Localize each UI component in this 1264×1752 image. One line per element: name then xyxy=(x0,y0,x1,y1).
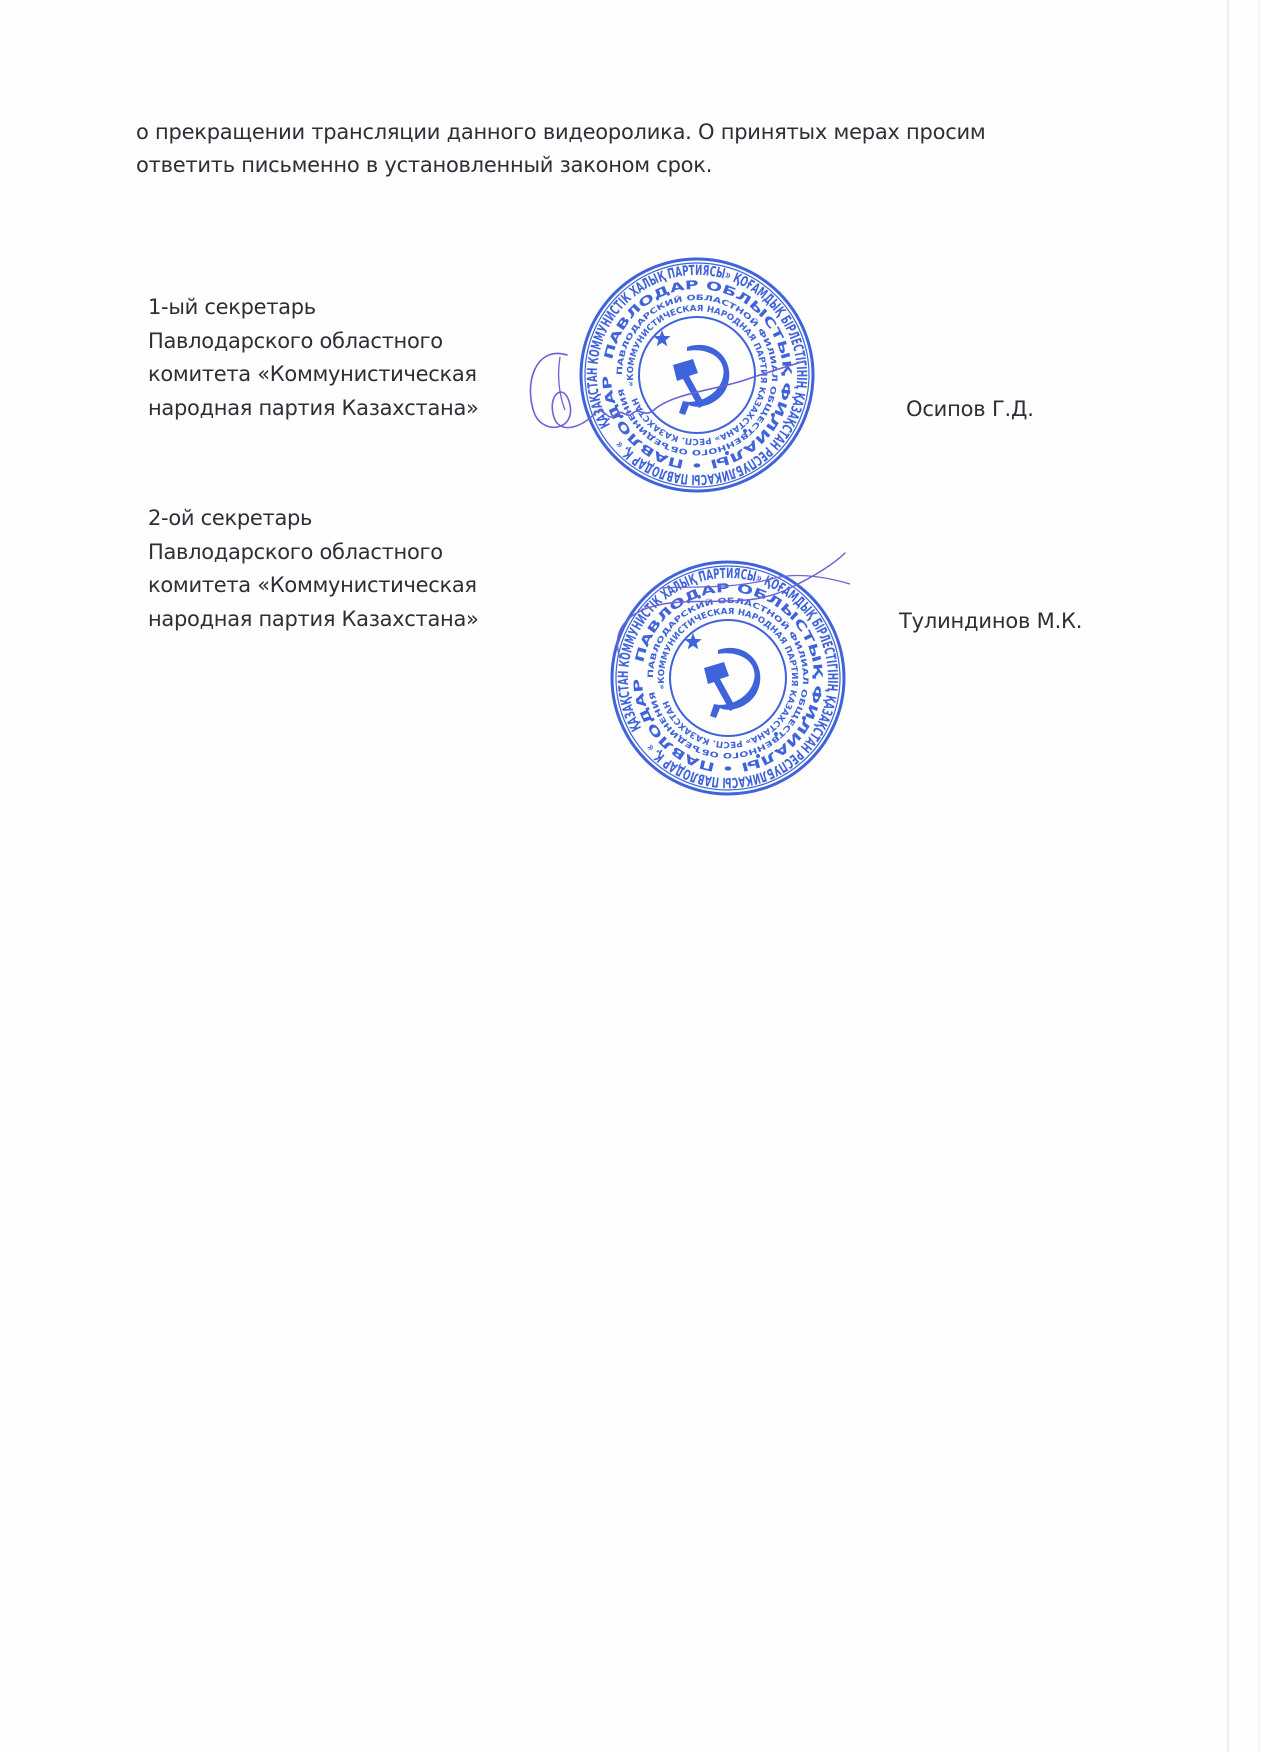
body-paragraph: о прекращении трансляции данного видеоро… xyxy=(136,116,1126,182)
title-line: Павлодарского областного xyxy=(148,325,479,359)
title-line: народная партия Казахстана» xyxy=(148,603,479,637)
body-line: ответить письменно в установленный закон… xyxy=(136,149,1126,182)
svg-text:«КОММУНИСТИЧЕСКАЯ НАРОДНАЯ ПАР: «КОММУНИСТИЧЕСКАЯ НАРОДНАЯ ПАРТИЯ КАЗАХС… xyxy=(626,304,768,446)
signatory-name-1: Осипов Г.Д. xyxy=(906,397,1034,421)
svg-text:«КОММУНИСТИЧЕСКАЯ НАРОДНАЯ ПАР: «КОММУНИСТИЧЕСКАЯ НАРОДНАЯ ПАРТИЯ КАЗАХС… xyxy=(657,607,799,749)
signatory-title-1: 1-ый секретарь Павлодарского областного … xyxy=(148,291,479,425)
title-line: 1-ый секретарь xyxy=(148,291,479,325)
title-line: Павлодарского областного xyxy=(148,536,479,570)
party-seal-stamp-icon: ҚАЗАҚСТАН КОММУНИСТІК ХАЛЫҚ ПАРТИЯСЫ» ҚО… xyxy=(577,255,817,495)
signatory-title-2: 2-ой секретарь Павлодарского областного … xyxy=(148,502,479,636)
scan-edge-line xyxy=(1258,0,1261,1752)
signatory-name-2: Тулиндинов М.К. xyxy=(899,609,1082,633)
body-line: о прекращении трансляции данного видеоро… xyxy=(136,116,1126,149)
party-seal-stamp-icon: ҚАЗАҚСТАН КОММУНИСТІК ХАЛЫҚ ПАРТИЯСЫ» ҚО… xyxy=(608,558,848,798)
title-line: комитета «Коммунистическая xyxy=(148,569,479,603)
title-line: 2-ой секретарь xyxy=(148,502,479,536)
document-page: о прекращении трансляции данного видеоро… xyxy=(0,0,1264,1752)
title-line: народная партия Казахстана» xyxy=(148,392,479,426)
title-line: комитета «Коммунистическая xyxy=(148,358,479,392)
scan-edge-line xyxy=(1227,0,1229,1752)
